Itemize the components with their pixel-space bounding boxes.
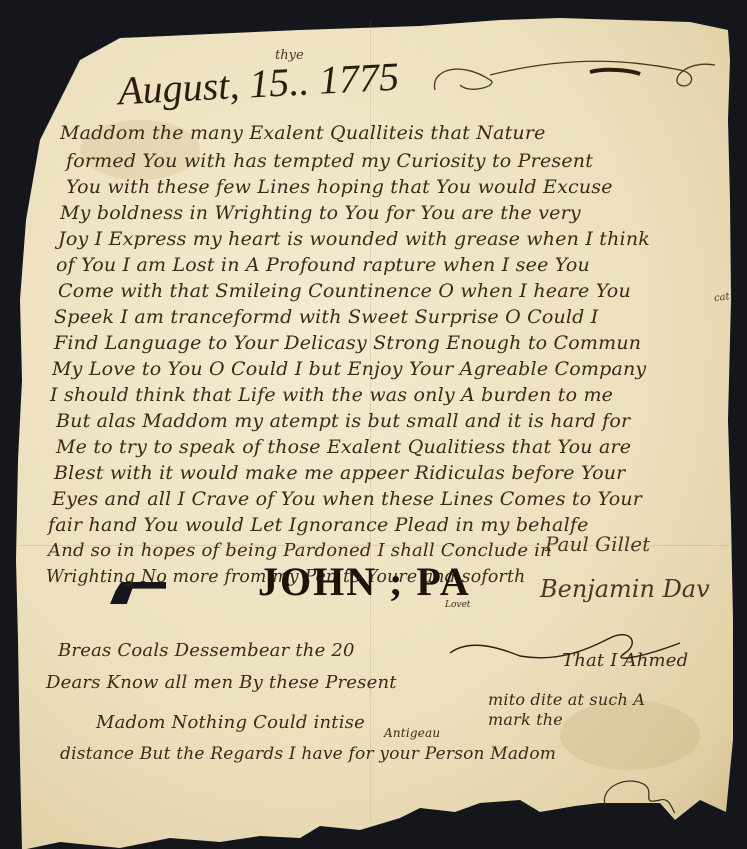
body-line: Come with that Smileing Countinence O wh… [58,280,631,302]
body-line: Eyes and all I Crave of You when these L… [52,488,642,510]
signature-paul-gillet: Paul Gillet [545,532,650,556]
body-line: Blest with it would make me appeer Ridic… [54,462,625,484]
lower-line: Madom Nothing Could intise [96,712,365,733]
body-line: Find Language to Your Delicasy Strong En… [54,332,641,354]
lower-line: distance But the Regards I have for your… [60,744,556,764]
date-superscript: thye [275,48,304,63]
lower-line: Dears Know all men By these Present [46,672,397,693]
ink-flourish [600,775,680,815]
body-line: fair hand You would Let Ignorance Plead … [48,514,589,536]
body-line: Me to try to speak of those Exalent Qual… [56,436,631,458]
lower-line: That I Ahmed [562,650,688,671]
body-line: But alas Maddom my atempt is but small a… [56,410,630,432]
stamped-name: JOHN ; PA [258,558,471,605]
lower-line: Breas Coals Dessembear the 20 [58,640,355,661]
body-line: of You I am Lost in A Profound rapture w… [56,254,590,276]
body-line: Maddom the many Exalent Qualliteis that … [60,122,546,144]
lower-line: mito dite at such A [488,690,645,709]
body-line: You with these few Lines hoping that You… [66,176,613,198]
lower-line: Antigeau [384,726,440,740]
signature-benjamin: Benjamin Dav [540,575,710,603]
body-line: Joy I Express my heart is wounded with g… [58,228,650,250]
date-text: August, 15 [117,59,290,113]
paper-stain [560,700,700,770]
body-line: I should think that Life with the was on… [50,384,613,406]
body-line: My boldness in Wrighting to You for You … [60,202,581,224]
body-line: My Love to You O Could I but Enjoy Your … [52,358,646,380]
lower-line: mark the [488,710,563,729]
body-line: Speek I am tranceformd with Sweet Surpri… [54,306,599,328]
date-year: 1775 [318,54,400,103]
body-line: formed You with has tempted my Curiosity… [66,150,593,172]
flourish-ornament [430,50,720,100]
